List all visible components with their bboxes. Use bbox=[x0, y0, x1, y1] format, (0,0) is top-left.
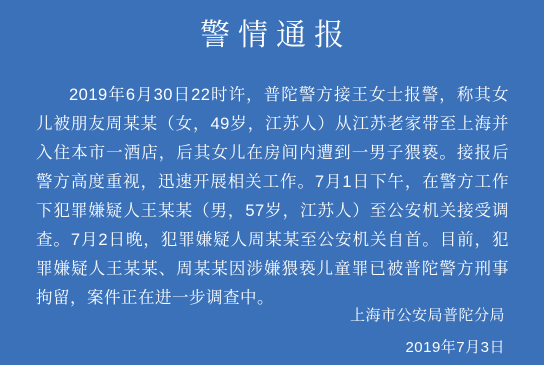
notice-title: 警情通报 bbox=[0, 16, 544, 56]
notice-signature-block: 上海市公安局普陀分局 2019年7月3日 bbox=[350, 300, 505, 364]
notice-body-paragraph: 2019年6月30日22时许，普陀警方接王女士报警，称其女儿被朋友周某某（女，4… bbox=[36, 81, 509, 313]
notice-date: 2019年7月3日 bbox=[350, 332, 505, 364]
notice-issuer: 上海市公安局普陀分局 bbox=[350, 300, 505, 332]
police-notice-card: 警情通报 2019年6月30日22时许，普陀警方接王女士报警，称其女儿被朋友周某… bbox=[0, 0, 544, 365]
